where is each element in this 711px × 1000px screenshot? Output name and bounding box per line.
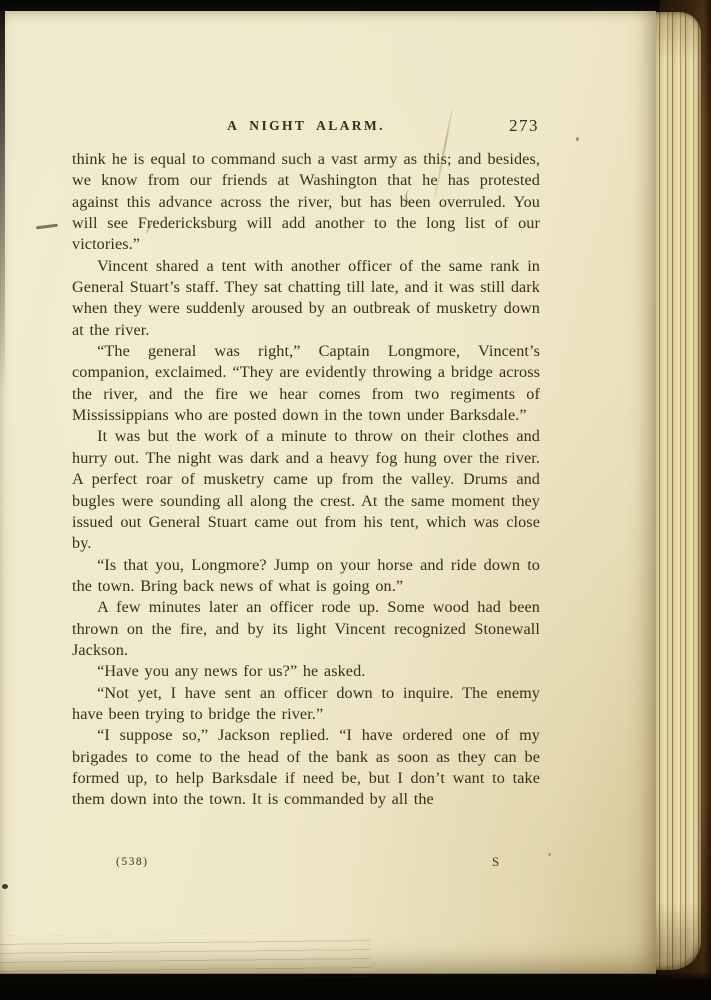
page-stack-edges: [651, 12, 701, 970]
body-paragraph: “I suppose so,” Jackson replied. “I have…: [72, 725, 540, 810]
paper-speck: [548, 853, 551, 856]
body-paragraph: “Not yet, I have sent an officer down to…: [72, 683, 540, 726]
body-paragraph: “Have you any news for us?” he asked.: [72, 661, 540, 682]
edge-speck: [2, 884, 8, 889]
page-footer: (538) S: [72, 854, 540, 872]
body-paragraph: “Is that you, Longmore? Jump on your hor…: [72, 555, 540, 598]
signature-number: (538): [116, 856, 148, 868]
scanned-book-page: A NIGHT ALARM. 273 think he is equal to …: [0, 0, 711, 1000]
signature-letter: S: [492, 854, 499, 870]
running-title: A NIGHT ALARM.: [72, 118, 540, 134]
page-header: A NIGHT ALARM. 273: [72, 118, 540, 136]
body-paragraph: A few minutes later an officer rode up. …: [72, 597, 540, 661]
body-paragraph: Vincent shared a tent with another offic…: [72, 256, 540, 341]
paper-speck: [576, 137, 579, 141]
scan-border-left: [0, 0, 5, 390]
scan-border-bottom: [0, 973, 711, 1000]
body-paragraph: “The general was right,” Captain Longmor…: [72, 341, 540, 426]
page-number: 273: [509, 116, 539, 136]
body-paragraph: think he is equal to command such a vast…: [72, 149, 540, 256]
body-paragraph: It was but the work of a minute to throw…: [72, 426, 540, 554]
body-text-column: think he is equal to command such a vast…: [72, 149, 540, 861]
